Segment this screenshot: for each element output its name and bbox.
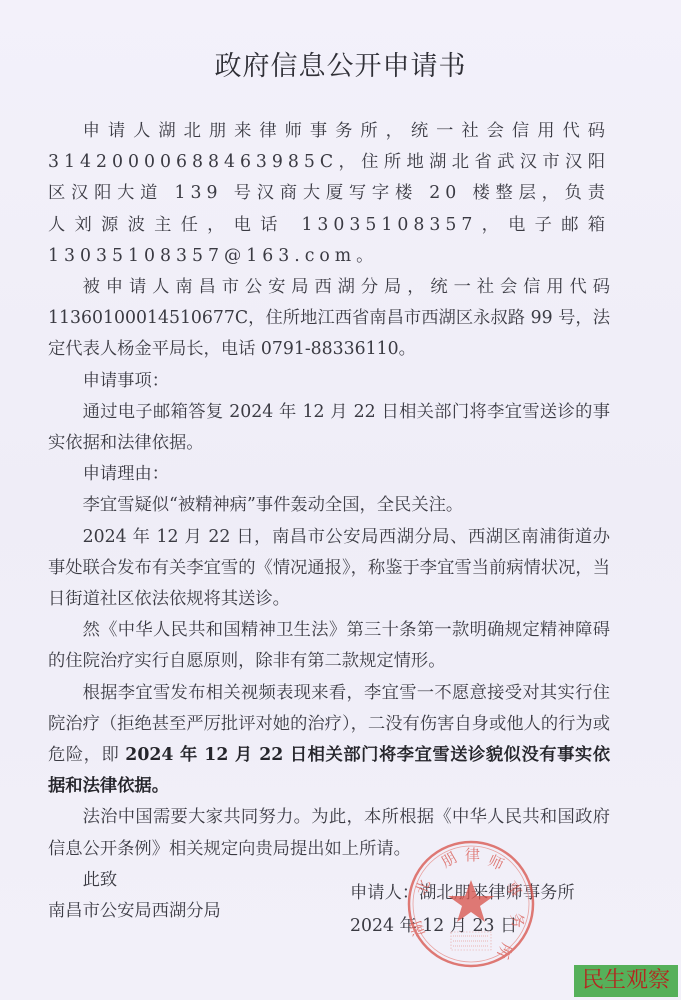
reason-paragraph-1: 李宜雪疑似“被精神病”事件轰动全国，全民关注。	[48, 490, 610, 521]
request-heading: 申请事项：	[48, 366, 610, 397]
document-body: 申请人湖北朋来律师事务所，统一社会信用代码31420000688463985C，…	[48, 116, 610, 927]
respondent-text: 被申请人南昌市公安局西湖分局，统一社会信用代码11360100014510677…	[48, 277, 610, 359]
svg-text:所: 所	[493, 940, 516, 961]
respondent-paragraph: 被申请人南昌市公安局西湖分局，统一社会信用代码11360100014510677…	[48, 272, 610, 366]
svg-text:务: 务	[507, 912, 527, 930]
svg-text:湖: 湖	[407, 919, 429, 939]
svg-text:北: 北	[412, 877, 434, 897]
svg-text:师: 师	[485, 851, 506, 874]
official-seal-icon: 朋 律 师 事 务 所 北 湖	[405, 838, 537, 970]
reason-bold-text: 2024 年 12 月 22 日相关部门将李宜雪送诊貌似没有事实依据和法律依据。	[48, 745, 610, 796]
applicant-paragraph: 申请人湖北朋来律师事务所，统一社会信用代码31420000688463985C，…	[48, 116, 610, 272]
reason-paragraph-3: 然《中华人民共和国精神卫生法》第三十条第一款明确规定精神障碍的住院治疗实行自愿原…	[48, 615, 610, 677]
applicant-intro: 申请人湖北朋来律师事务所，统一社会信用代码31420000688463985C，…	[48, 121, 610, 266]
request-content: 通过电子邮箱答复 2024 年 12 月 22 日相关部门将李宜雪送诊的事实依据…	[48, 397, 610, 459]
reason-paragraph-2: 2024 年 12 月 22 日，南昌市公安局西湖分局、西湖区南浦街道办事处联合…	[48, 522, 610, 616]
svg-text:朋: 朋	[438, 848, 460, 871]
watermark-badge: 民生观察	[574, 965, 678, 997]
reasons-heading: 申请理由：	[48, 459, 610, 490]
svg-text:事: 事	[502, 878, 525, 901]
svg-text:律: 律	[465, 846, 480, 864]
document-page: 政府信息公开申请书 申请人湖北朋来律师事务所，统一社会信用代码314200006…	[0, 0, 681, 1000]
reason-paragraph-4: 根据李宜雪发布相关视频表现来看，李宜雪一不愿意接受对其实行住院治疗（拒绝甚至严厉…	[48, 678, 610, 803]
document-title: 政府信息公开申请书	[0, 44, 681, 83]
